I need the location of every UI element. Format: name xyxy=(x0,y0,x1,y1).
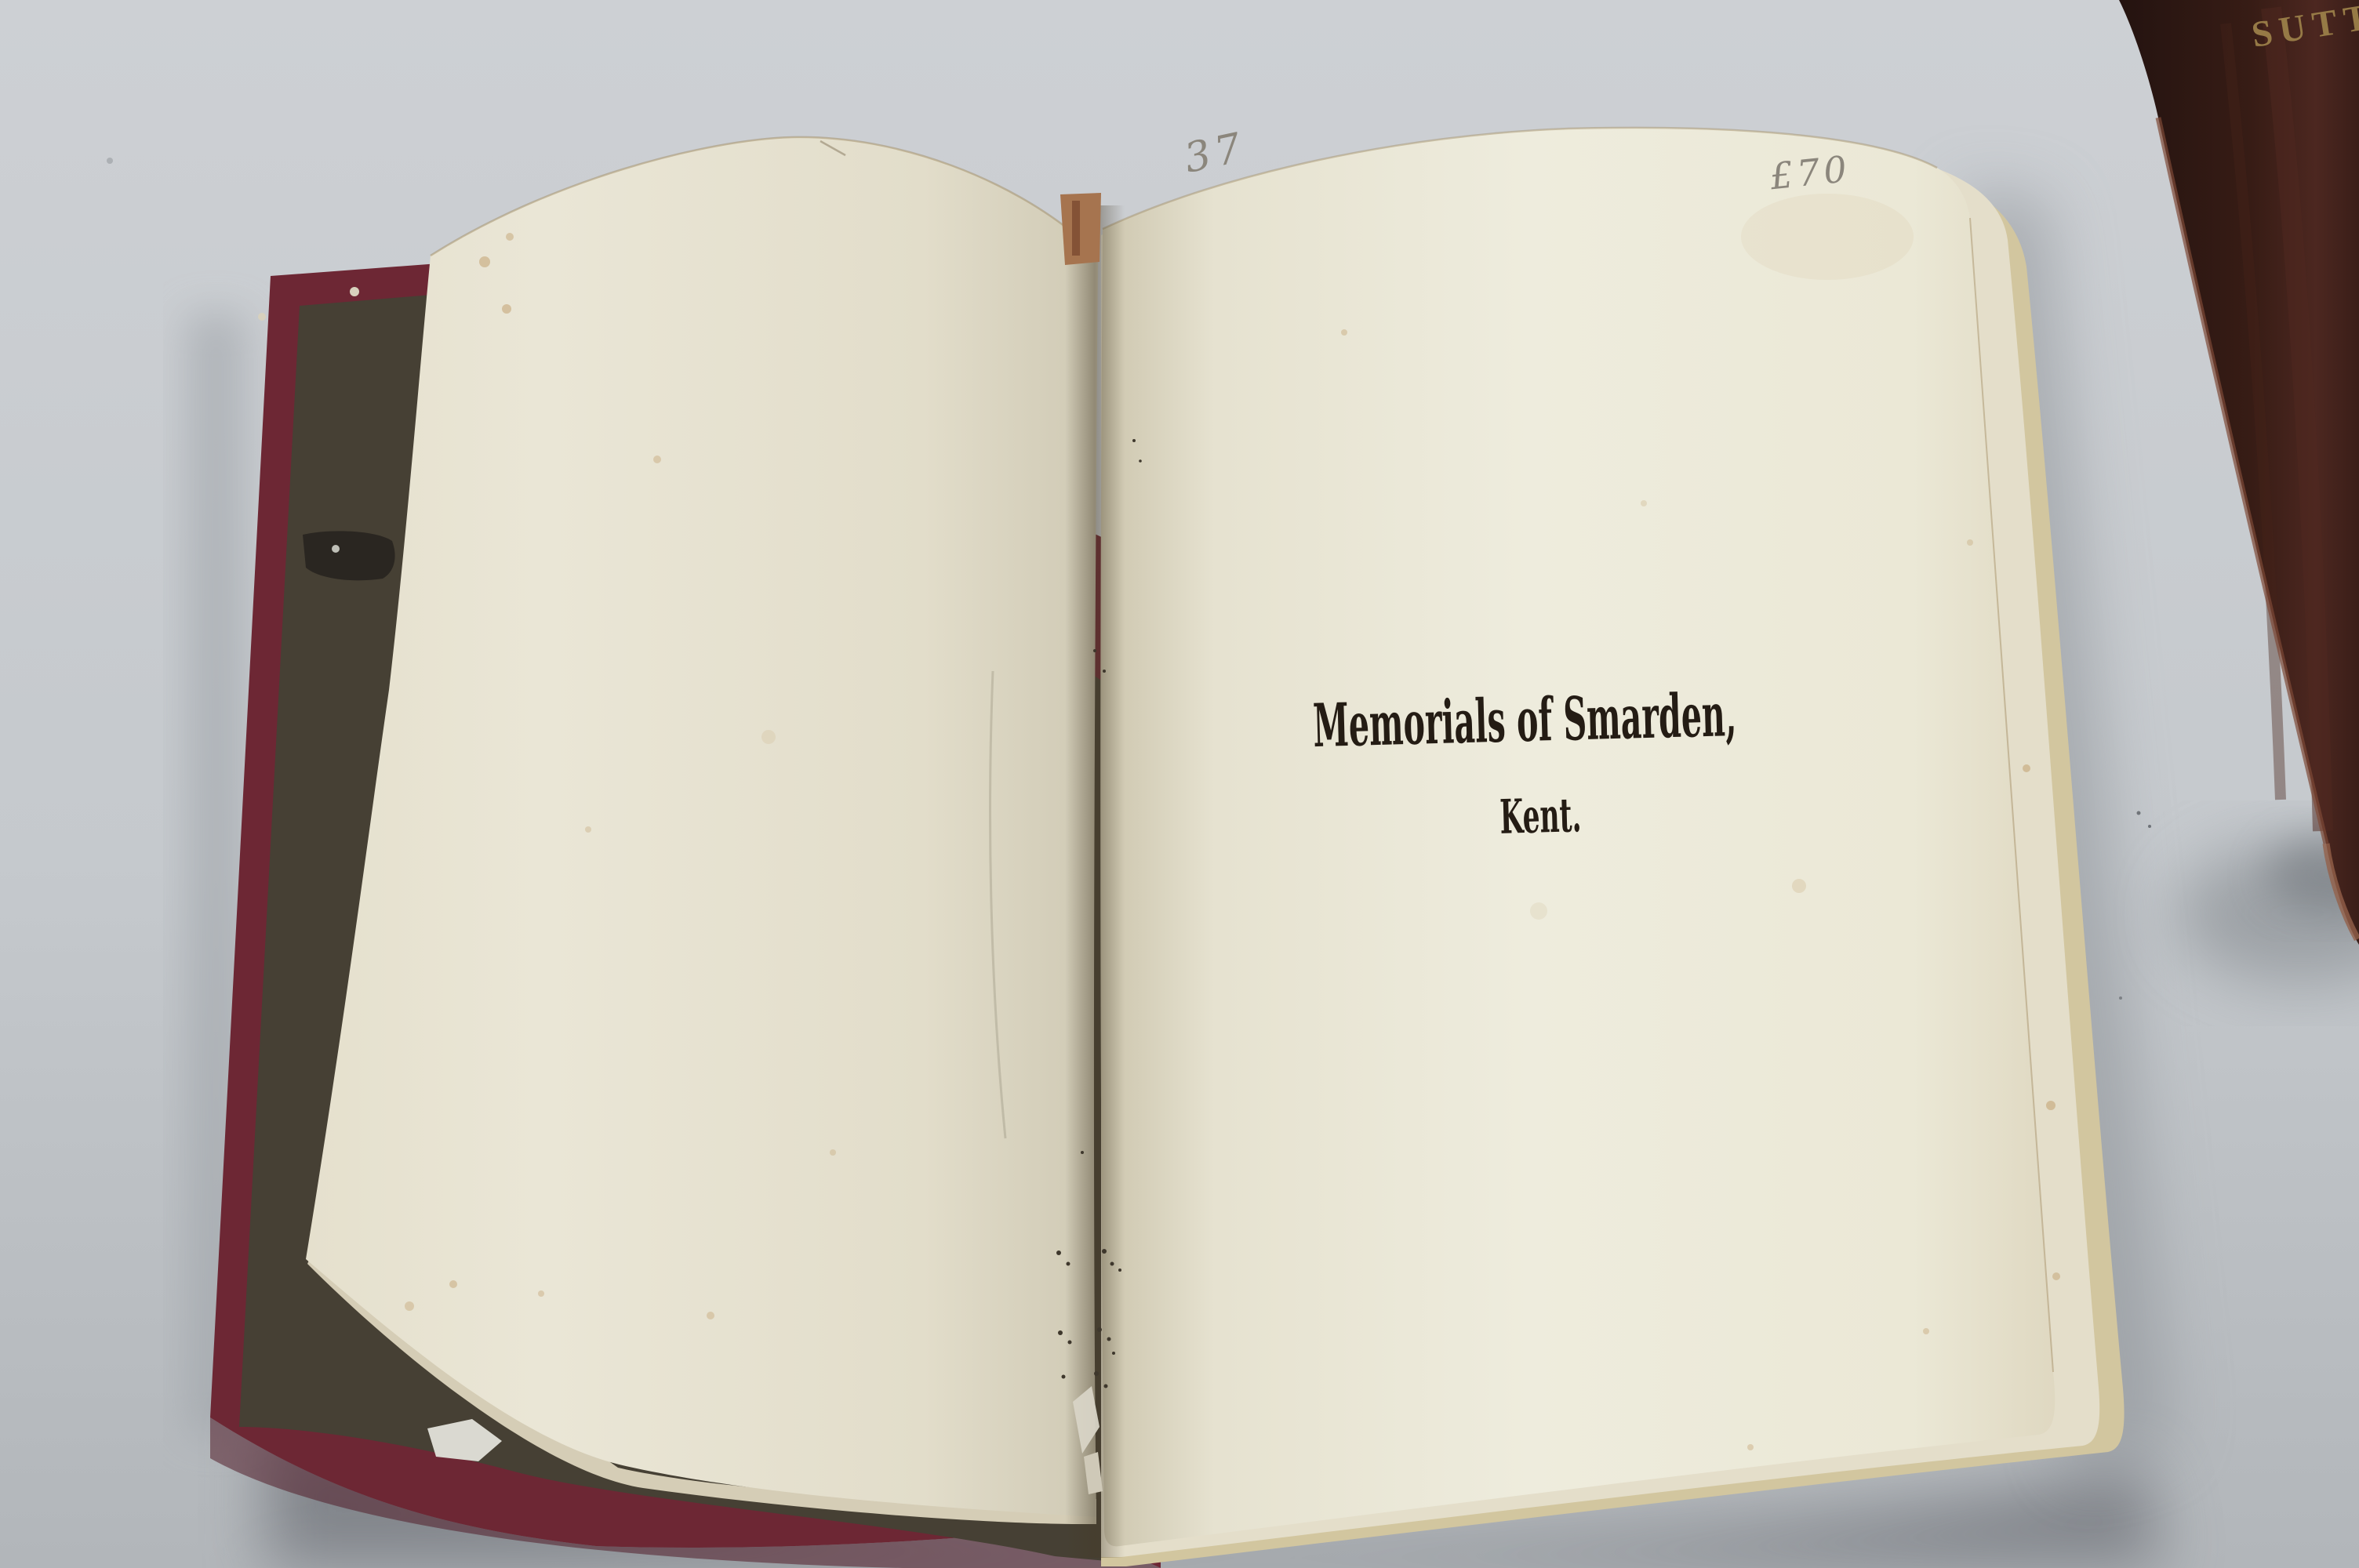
foxing-spot xyxy=(707,1312,714,1319)
label-remnant-chip xyxy=(332,545,340,553)
gutter-speck xyxy=(1107,1338,1111,1341)
gutter-speck xyxy=(1132,439,1136,442)
foxing-spot xyxy=(2023,764,2030,772)
foxing-spot xyxy=(405,1301,414,1311)
gutter-speck xyxy=(1112,1352,1115,1355)
spine-sliver-shading xyxy=(1072,201,1080,256)
gutter-speck xyxy=(1110,1262,1114,1266)
foxing-spot xyxy=(1530,902,1547,920)
foxing-spot xyxy=(479,256,490,267)
foxing-spot xyxy=(1967,539,1973,546)
photo-canvas: SUTTO Memorials of Smarden, Kent. 37 £70 xyxy=(0,0,2359,1568)
left-page xyxy=(306,137,1098,1517)
half-title-line2: Kent. xyxy=(1499,788,1583,845)
paper-fleck xyxy=(258,313,266,321)
foxing-spot xyxy=(449,1280,457,1288)
gutter-speck xyxy=(1081,1151,1084,1154)
foxing-spot xyxy=(1341,329,1347,336)
foxing-spot xyxy=(585,826,591,833)
dust-speck xyxy=(2148,825,2151,828)
foxing-spot xyxy=(653,456,661,463)
foxing-spot xyxy=(830,1149,836,1156)
gutter-speck xyxy=(1094,1371,1099,1376)
foxing-spot xyxy=(1923,1328,1929,1334)
gutter-speck xyxy=(1093,649,1096,652)
half-title-line1: Memorials of Smarden, xyxy=(1312,680,1737,760)
dust-speck xyxy=(2137,811,2141,815)
gutter-speck xyxy=(1056,1250,1061,1255)
foxing-spot xyxy=(761,730,776,744)
pencil-price: £70 xyxy=(1767,147,1852,198)
gutter-speck xyxy=(1067,1262,1070,1266)
gutter-speck xyxy=(1062,1375,1066,1379)
gutter-speck xyxy=(1097,1327,1102,1332)
foxing-spot xyxy=(506,233,514,241)
foxing-spot xyxy=(1792,879,1806,893)
label-remnant xyxy=(303,531,395,580)
foxing-spot xyxy=(538,1290,544,1297)
gutter-shadow xyxy=(1065,205,1125,1558)
gutter-speck xyxy=(1118,1269,1121,1272)
toned-patch xyxy=(1741,194,1914,280)
spine-sliver xyxy=(1060,193,1101,265)
photograph-of-open-antiquarian-book: SUTTO Memorials of Smarden, Kent. 37 £70 xyxy=(0,0,2359,1568)
gutter-speck xyxy=(1139,459,1142,463)
foxing-spot xyxy=(2046,1101,2055,1110)
gutter-speck xyxy=(1068,1341,1072,1345)
foxing-spot xyxy=(1747,1444,1754,1450)
gutter-speck xyxy=(1103,670,1106,673)
foxing-spot xyxy=(1641,500,1647,506)
paper-fleck xyxy=(350,287,359,296)
foxing-spot xyxy=(502,304,511,314)
foxing-spot xyxy=(2052,1272,2060,1280)
dust-speck xyxy=(107,158,113,164)
gutter-speck xyxy=(1058,1330,1063,1335)
gutter-speck xyxy=(1102,1249,1107,1254)
gutter-speck xyxy=(1104,1385,1108,1388)
